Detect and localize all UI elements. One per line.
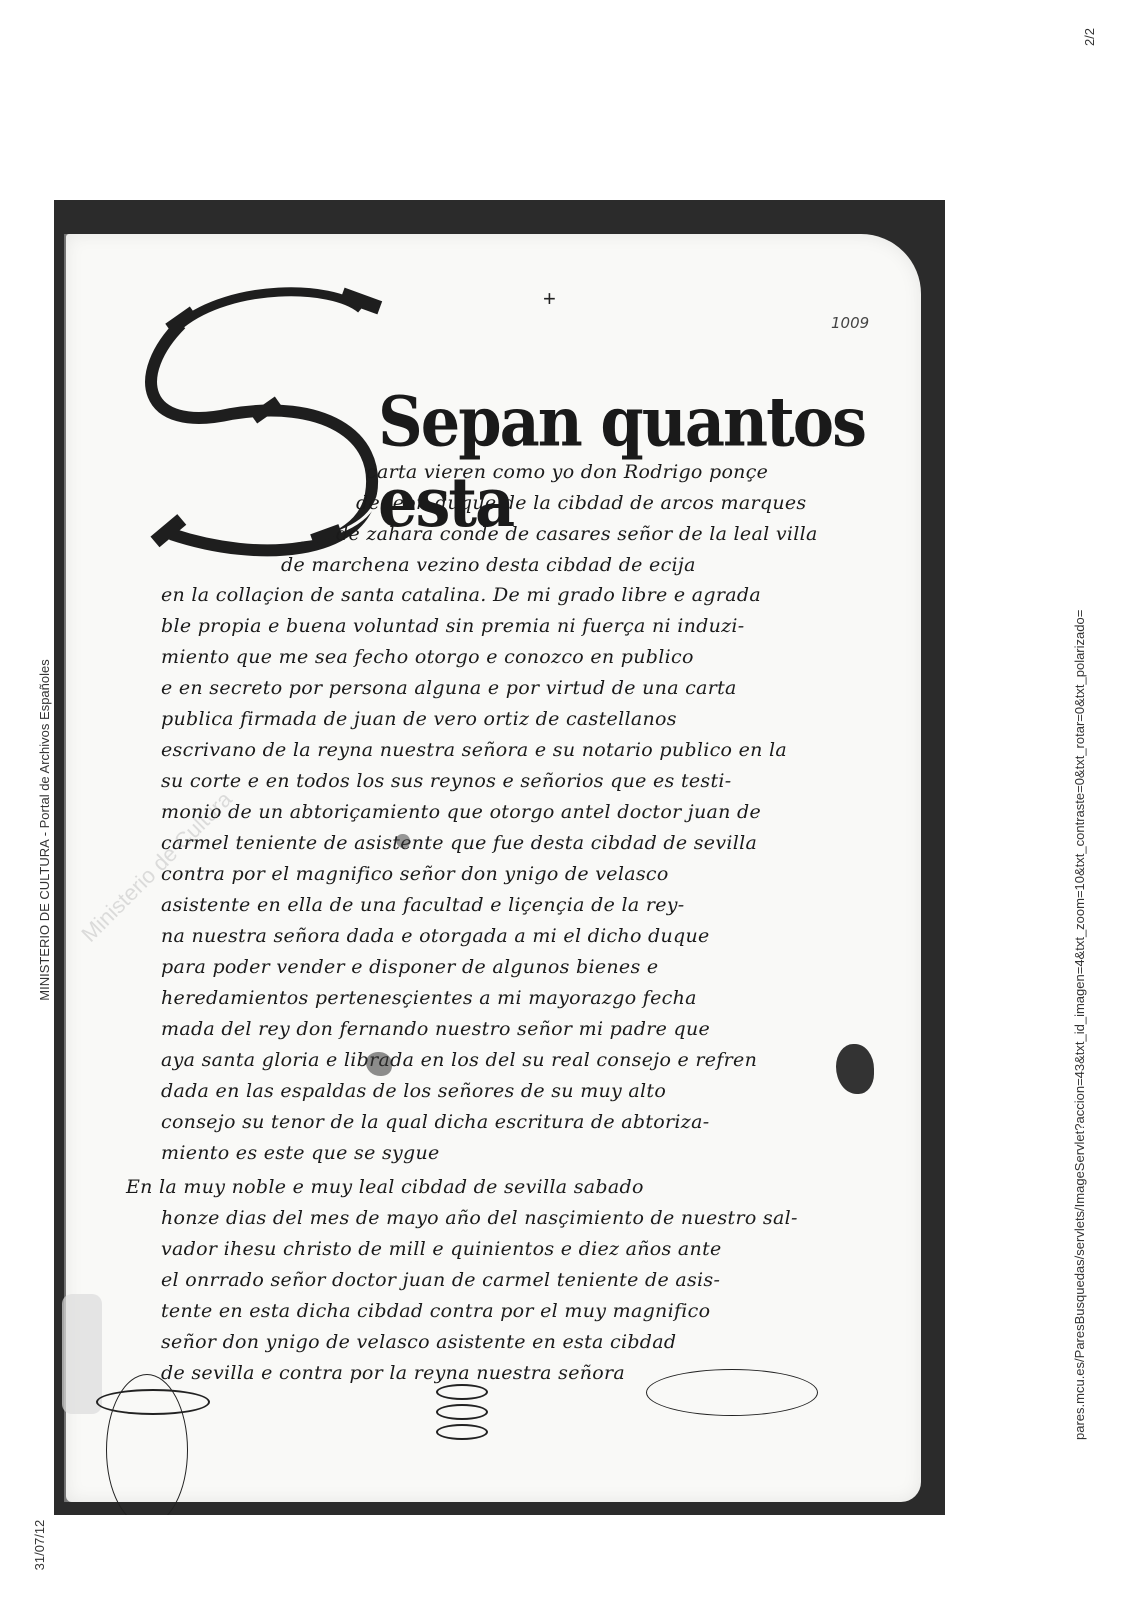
ministry-caption: MINISTERIO DE CULTURA - Portal de Archiv… <box>35 630 55 1030</box>
text-line: tente en esta dicha cibdad contra por el… <box>161 1300 710 1322</box>
text-line: e en secreto por persona alguna e por vi… <box>161 677 737 699</box>
signature-flourish <box>646 1369 818 1416</box>
page-indicator: 2/2 <box>1075 17 1105 57</box>
print-date: 31/07/12 <box>30 1515 50 1575</box>
text-line: para poder vender e disponer de algunos … <box>161 956 658 978</box>
text-line: escrivano de la reyna nuestra señora e s… <box>161 739 787 761</box>
text-line: señor don ynigo de velasco asistente en … <box>161 1331 676 1353</box>
text-line: consejo su tenor de la qual dicha escrit… <box>161 1111 709 1133</box>
ink-spot <box>396 834 410 848</box>
text-line: mada del rey don fernando nuestro señor … <box>161 1018 710 1040</box>
folio-number: 1009 <box>831 314 869 332</box>
text-line: vador ihesu christo de mill e quinientos… <box>161 1238 722 1260</box>
text-line: de sevilla e contra por la reyna nuestra… <box>161 1362 625 1384</box>
ink-blot <box>836 1044 874 1094</box>
signature-flourish <box>436 1384 488 1400</box>
text-line: na nuestra señora dada e otorgada a mi e… <box>161 925 710 947</box>
text-line: el onrrado señor doctor juan de carmel t… <box>161 1269 720 1291</box>
manuscript-page: Ministerio de Cultura + 1009 Sepan quant… <box>66 234 921 1502</box>
text-line: honze dias del mes de mayo año del nasçi… <box>161 1207 798 1229</box>
text-line: contra por el magnifico señor don ynigo … <box>161 863 669 885</box>
manuscript-image: Ministerio de Cultura + 1009 Sepan quant… <box>54 200 945 1515</box>
ink-spot <box>366 1052 392 1076</box>
text-line: su corte e en todos los sus reynos e señ… <box>161 770 732 792</box>
text-line: de marchena vezino desta cibdad de ecija <box>281 554 696 576</box>
text-line: En la muy noble e muy leal cibdad de sev… <box>126 1176 644 1198</box>
text-line: carmel teniente de asistente que fue des… <box>161 832 757 854</box>
text-line: de zahara conde de casares señor de la l… <box>336 523 818 545</box>
text-line: dada en las espaldas de los señores de s… <box>161 1080 666 1102</box>
text-line: carta vieren como yo don Rodrigo ponçe <box>366 461 768 483</box>
text-line: miento que me sea fecho otorgo e conozco… <box>161 646 694 668</box>
text-line: monio de un abtoriçamiento que otorgo an… <box>161 801 761 823</box>
text-line: de leon duque de la cibdad de arcos marq… <box>356 492 806 514</box>
signature-flourish <box>436 1424 488 1440</box>
signature-flourish <box>436 1404 488 1420</box>
text-line: asistente en ella de una facultad e liçe… <box>161 894 685 916</box>
text-line: miento es este que se sygue <box>161 1142 440 1164</box>
text-line: heredamientos pertenesçientes a mi mayor… <box>161 987 697 1009</box>
text-line: publica firmada de juan de vero ortiz de… <box>161 708 677 730</box>
signature-flourish <box>96 1389 210 1415</box>
text-line: aya santa gloria e librada en los del su… <box>161 1049 757 1071</box>
paper-stain <box>62 1294 102 1414</box>
text-line: ble propia e buena voluntad sin premia n… <box>161 615 745 637</box>
text-line: en la collaçion de santa catalina. De mi… <box>161 584 761 606</box>
cross-mark: + <box>543 286 556 312</box>
source-url: pares.mcu.es/ParesBusquedas/servlets/Ima… <box>1070 640 1090 1440</box>
